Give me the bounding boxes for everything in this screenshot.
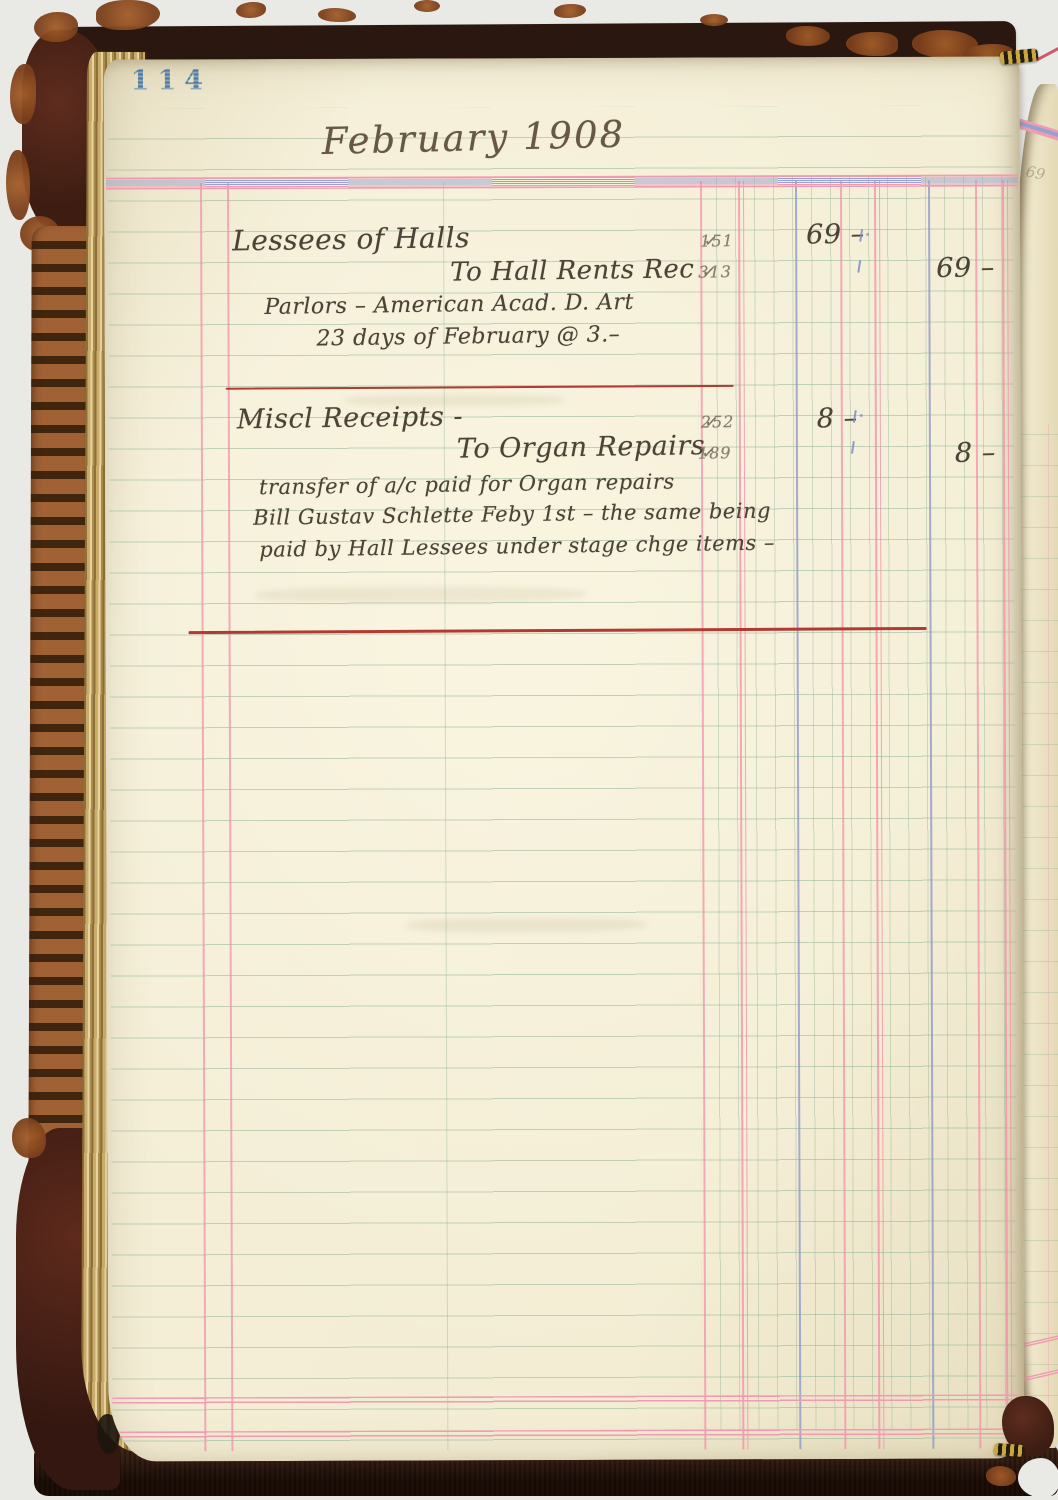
torn-leather-fuzz (554, 4, 586, 18)
entry-account: Lessees of Halls (232, 221, 470, 257)
page-title: February 1908 (321, 113, 625, 163)
torn-leather-fuzz (786, 26, 830, 46)
audit-tick-mark (860, 414, 863, 417)
torn-leather-fuzz (10, 64, 36, 124)
torn-leather-fuzz (34, 12, 78, 42)
ghost-showthrough-text: 69 (1024, 162, 1046, 184)
check-mark: ✓ (701, 262, 718, 283)
check-mark: ✓ (701, 443, 718, 464)
entry-credit-amount: 69 – (936, 252, 995, 284)
entry-folio-credit: 313✓ (698, 262, 717, 281)
entry-memo-line: Parlors – American Acad. D. Art (264, 290, 634, 320)
audit-tick-mark (866, 233, 869, 236)
entry-contra-account: To Hall Rents Rec (450, 254, 695, 287)
torn-leather-fuzz (236, 2, 266, 18)
entry-folio-credit: 189✓ (698, 443, 717, 462)
torn-leather-fuzz (414, 0, 440, 12)
entry-debit-amount: 8 – (817, 403, 858, 435)
adjacent-page-ruling (1018, 404, 1058, 1404)
adjacent-page-pink-rule (1048, 424, 1049, 1444)
torn-leather-fuzz (6, 150, 30, 220)
entry-folio-debit: 151✓ (700, 231, 719, 250)
check-mark: ✓ (704, 412, 721, 433)
entry-contra-account: To Organ Repairs (457, 430, 706, 464)
check-mark: ✓ (703, 231, 720, 252)
entry-account: Miscl Receipts - (237, 401, 464, 435)
entry-debit-amount: 69 – (806, 219, 865, 251)
endband-bottom (994, 1443, 1025, 1457)
torn-leather-fuzz (846, 32, 898, 56)
torn-leather-fuzz (700, 14, 728, 26)
entry-credit-amount: 8 – (955, 437, 996, 469)
red-rule-curve (1035, 45, 1058, 62)
ink-showthrough (407, 918, 647, 933)
endband-top (999, 48, 1038, 65)
ledger-page: 114 February 1908 Lessees of Halls To Ha… (104, 56, 1025, 1461)
torn-leather-fuzz (318, 8, 356, 22)
ink-showthrough (255, 586, 585, 603)
entry-folio-debit: 252✓ (701, 412, 720, 431)
torn-leather-fuzz (12, 1118, 46, 1158)
entry-memo-line: 23 days of February @ 3.– (316, 322, 620, 351)
page-number: 114 (131, 65, 211, 96)
torn-leather-fuzz (986, 1466, 1016, 1486)
ledger-page-photo: 69 114 February 1908 Lessees of Hal (0, 0, 1058, 1500)
